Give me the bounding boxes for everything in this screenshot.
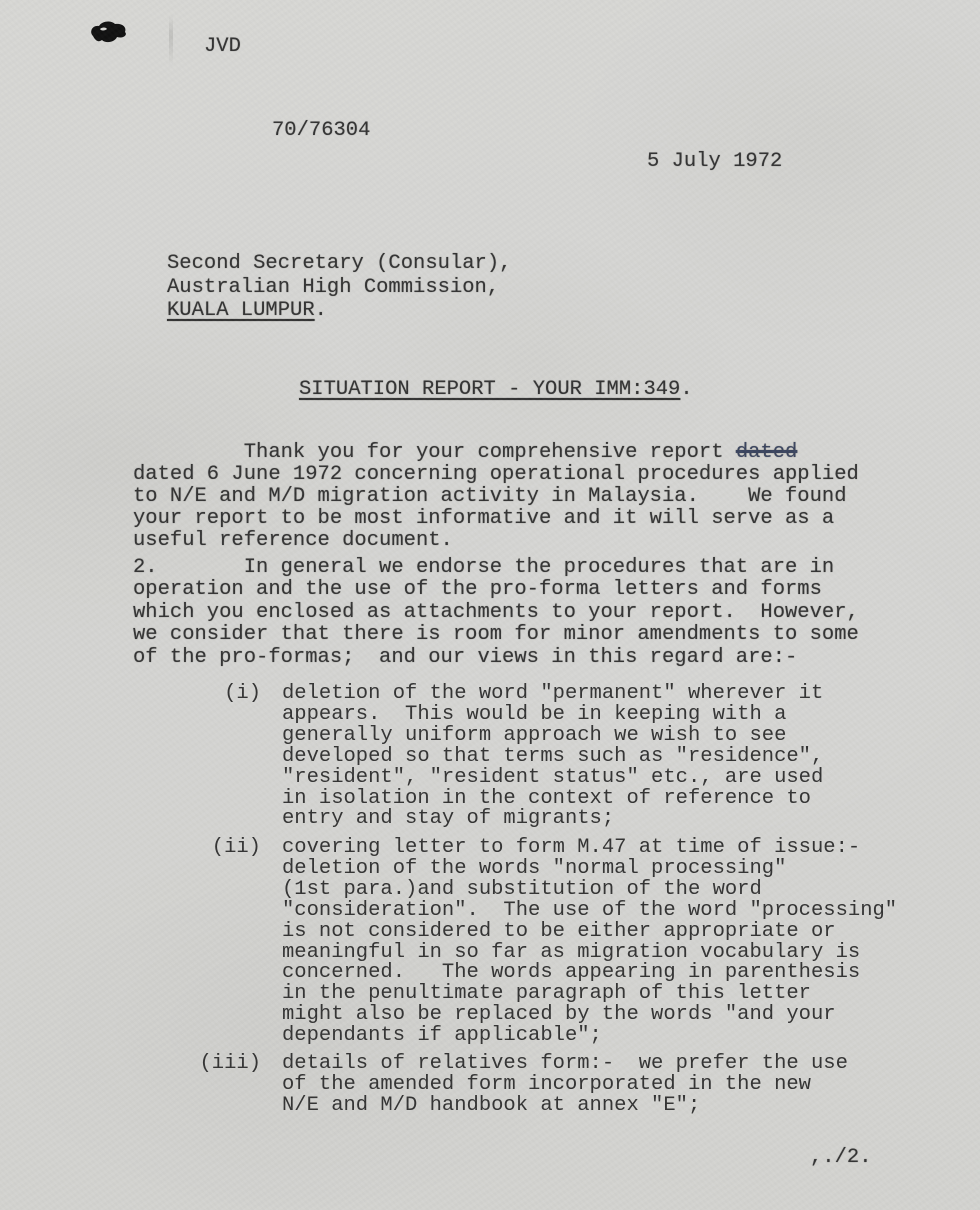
list-item-ii: (ii) covering letter to form M.47 at tim… (133, 838, 897, 1047)
list-item-ii-label: (ii) (133, 838, 261, 1047)
subject-line: SITUATION REPORT - YOUR IMM:349. (299, 379, 693, 401)
ink-blot-mark (87, 20, 129, 47)
typist-initials: JVD (204, 36, 241, 58)
list-item-iii-text: details of relatives form:- we prefer th… (282, 1054, 848, 1117)
list-item-i-text: deletion of the word "permanent" whereve… (282, 684, 823, 830)
recipient-city: KUALA LUMPUR (167, 299, 315, 322)
letter-page: JVD 70/76304 5 July 1972 Second Secretar… (0, 0, 980, 1210)
paragraph-2: 2. In general we endorse the procedures … (133, 557, 859, 669)
recipient-city-punct: . (315, 299, 327, 322)
paragraph-1: Thank you for your comprehensive report … (133, 442, 859, 552)
list-item-iii: (iii) details of relatives form:- we pre… (133, 1054, 848, 1117)
continuation-mark: ,./2. (810, 1147, 872, 1169)
list-item-iii-label: (iii) (133, 1054, 261, 1117)
subject-punct: . (680, 378, 692, 401)
recipient-title: Second Secretary (Consular), (167, 252, 511, 275)
file-reference: 70/76304 (272, 120, 370, 142)
struck-out-word: dated (736, 441, 798, 464)
recipient-organisation: Australian High Commission, (167, 276, 499, 299)
recipient-address: Second Secretary (Consular), Australian … (167, 252, 511, 323)
subject-text: SITUATION REPORT - YOUR IMM:349 (299, 378, 680, 401)
list-item-ii-text: covering letter to form M.47 at time of … (282, 838, 897, 1047)
paragraph-1-start: Thank you for your comprehensive report (133, 441, 736, 464)
list-item-i: (i) deletion of the word "permanent" whe… (133, 684, 823, 830)
list-item-i-label: (i) (133, 684, 261, 830)
scan-artifact-streak (169, 14, 173, 66)
letter-date: 5 July 1972 (647, 151, 782, 173)
paragraph-1-rest: dated 6 June 1972 concerning operational… (133, 463, 859, 552)
